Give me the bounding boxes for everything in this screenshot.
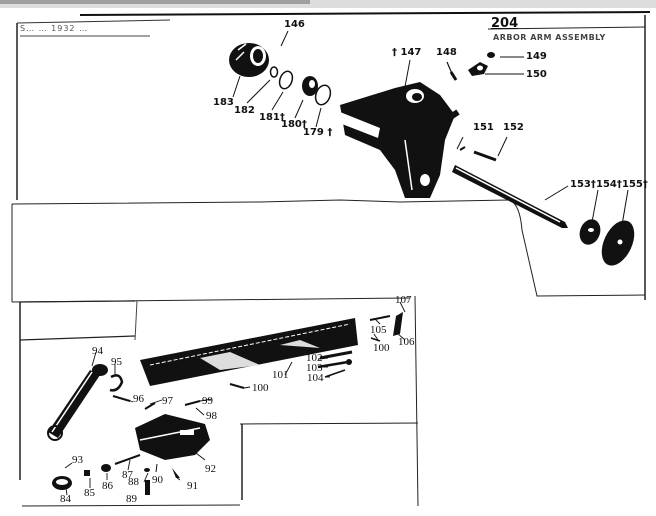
label-147: † 147 xyxy=(392,48,421,58)
label-90: 90 xyxy=(152,475,163,486)
label-151: 151 xyxy=(473,123,494,133)
diagram-drawing xyxy=(0,0,656,516)
label-86: 86 xyxy=(102,481,113,492)
label-155: 155† xyxy=(622,180,648,190)
label-182: 182 xyxy=(234,106,255,116)
label-95: 95 xyxy=(111,357,122,368)
part-183-nut xyxy=(229,43,269,77)
label-179: 179 † xyxy=(303,128,332,138)
label-92: 92 xyxy=(205,464,216,475)
label-153: 153† xyxy=(570,180,596,190)
label-84: 84 xyxy=(60,494,71,505)
label-106: 106 xyxy=(398,337,415,348)
assembly-title: ARBOR ARM ASSEMBLY xyxy=(493,33,606,42)
label-85: 85 xyxy=(84,488,95,499)
label-91: 91 xyxy=(187,481,198,492)
label-148: 148 xyxy=(436,48,457,58)
part-147-arm xyxy=(340,82,458,198)
label-183: 183 xyxy=(213,98,234,108)
label-149: 149 xyxy=(526,52,547,62)
label-88: 88 xyxy=(128,477,139,488)
label-93: 93 xyxy=(72,455,83,466)
label-154: 154† xyxy=(596,180,622,190)
label-99: 99 xyxy=(202,396,213,407)
header-text: S… … 1932 … xyxy=(20,24,88,33)
label-104: 104 xyxy=(307,373,324,384)
label-98: 98 xyxy=(206,411,217,422)
label-105: 105 xyxy=(370,325,387,336)
label-97: 97 xyxy=(162,396,173,407)
label-101: 101 xyxy=(272,370,289,381)
parts-diagram: S… … 1932 … 204 ARBOR ARM ASSEMBLY 146 1… xyxy=(0,0,656,516)
label-94: 94 xyxy=(92,346,103,357)
label-152: 152 xyxy=(503,123,524,133)
label-150: 150 xyxy=(526,70,547,80)
label-96: 96 xyxy=(133,394,144,405)
label-89: 89 xyxy=(126,494,137,505)
label-100-lower: 100 xyxy=(252,383,269,394)
label-107: 107 xyxy=(395,295,412,306)
label-100-upper: 100 xyxy=(373,343,390,354)
page-number: 204 xyxy=(491,16,518,31)
label-146: 146 xyxy=(284,20,305,30)
